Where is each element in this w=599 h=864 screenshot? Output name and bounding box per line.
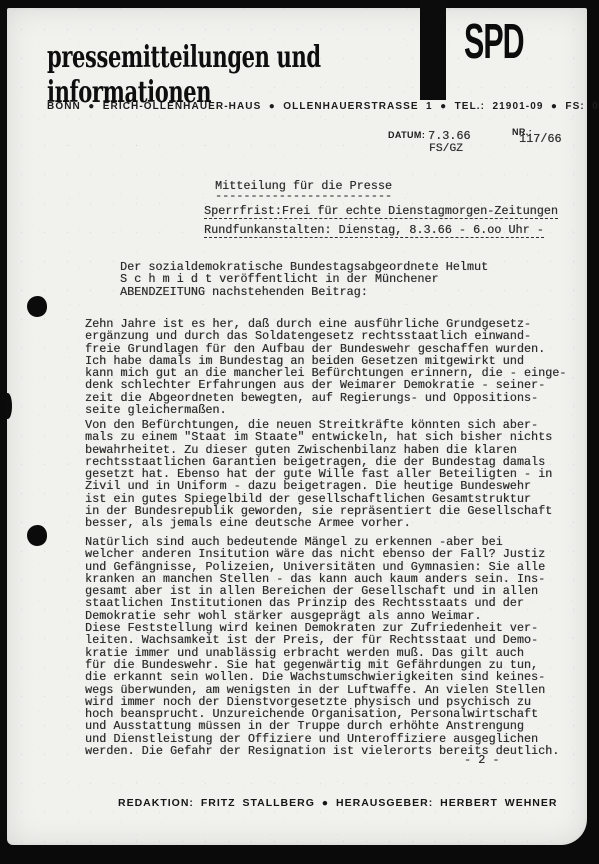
body-paragraph-1: Zehn Jahre ist es her, daß durch eine au… [85, 318, 566, 416]
address-line: BONN ● ERICH-OLLENHAUER-HAUS ● OLLENHAUE… [47, 101, 599, 112]
date-code: FS/GZ [429, 143, 463, 155]
hole-punch-top [27, 296, 47, 317]
spd-logo: SPD [464, 14, 524, 70]
date-value: 7.3.66 [428, 130, 470, 142]
embargo-line-1: Sperrfrist:Frei für echte Dienstagmorgen… [204, 205, 558, 219]
embargo-line-1-text: Sperrfrist:Frei für echte Dienstagmorgen… [204, 205, 558, 219]
number-value: 117/66 [519, 133, 561, 145]
scanned-document: pressemitteilungen und informationen SPD… [0, 0, 599, 864]
press-notice-underline: ------------------------- [215, 190, 392, 202]
masthead-title: pressemitteilungen und informationen [47, 40, 433, 110]
body-paragraph-2: Von den Befürchtungen, die neuen Streitk… [85, 419, 552, 530]
footer-credits: REDAKTION: FRITZ STALLBERG ● HERAUSGEBER… [118, 797, 557, 809]
body-paragraph-3: Natürlich sind auch bedeutende Mängel zu… [85, 536, 559, 757]
date-label: DATUM: [388, 130, 425, 140]
embargo-line-2: Rundfunkanstalten: Dienstag, 8.3.66 - 6.… [204, 224, 544, 238]
page-number: - 2 - [464, 754, 499, 766]
embargo-line-2-text: Rundfunkanstalten: Dienstag, 8.3.66 - 6.… [204, 224, 544, 238]
hole-punch-bottom [27, 525, 47, 546]
logo-divider-bar [420, 0, 446, 100]
intro-paragraph: Der sozialdemokratische Bundestagsabgeor… [120, 261, 488, 298]
